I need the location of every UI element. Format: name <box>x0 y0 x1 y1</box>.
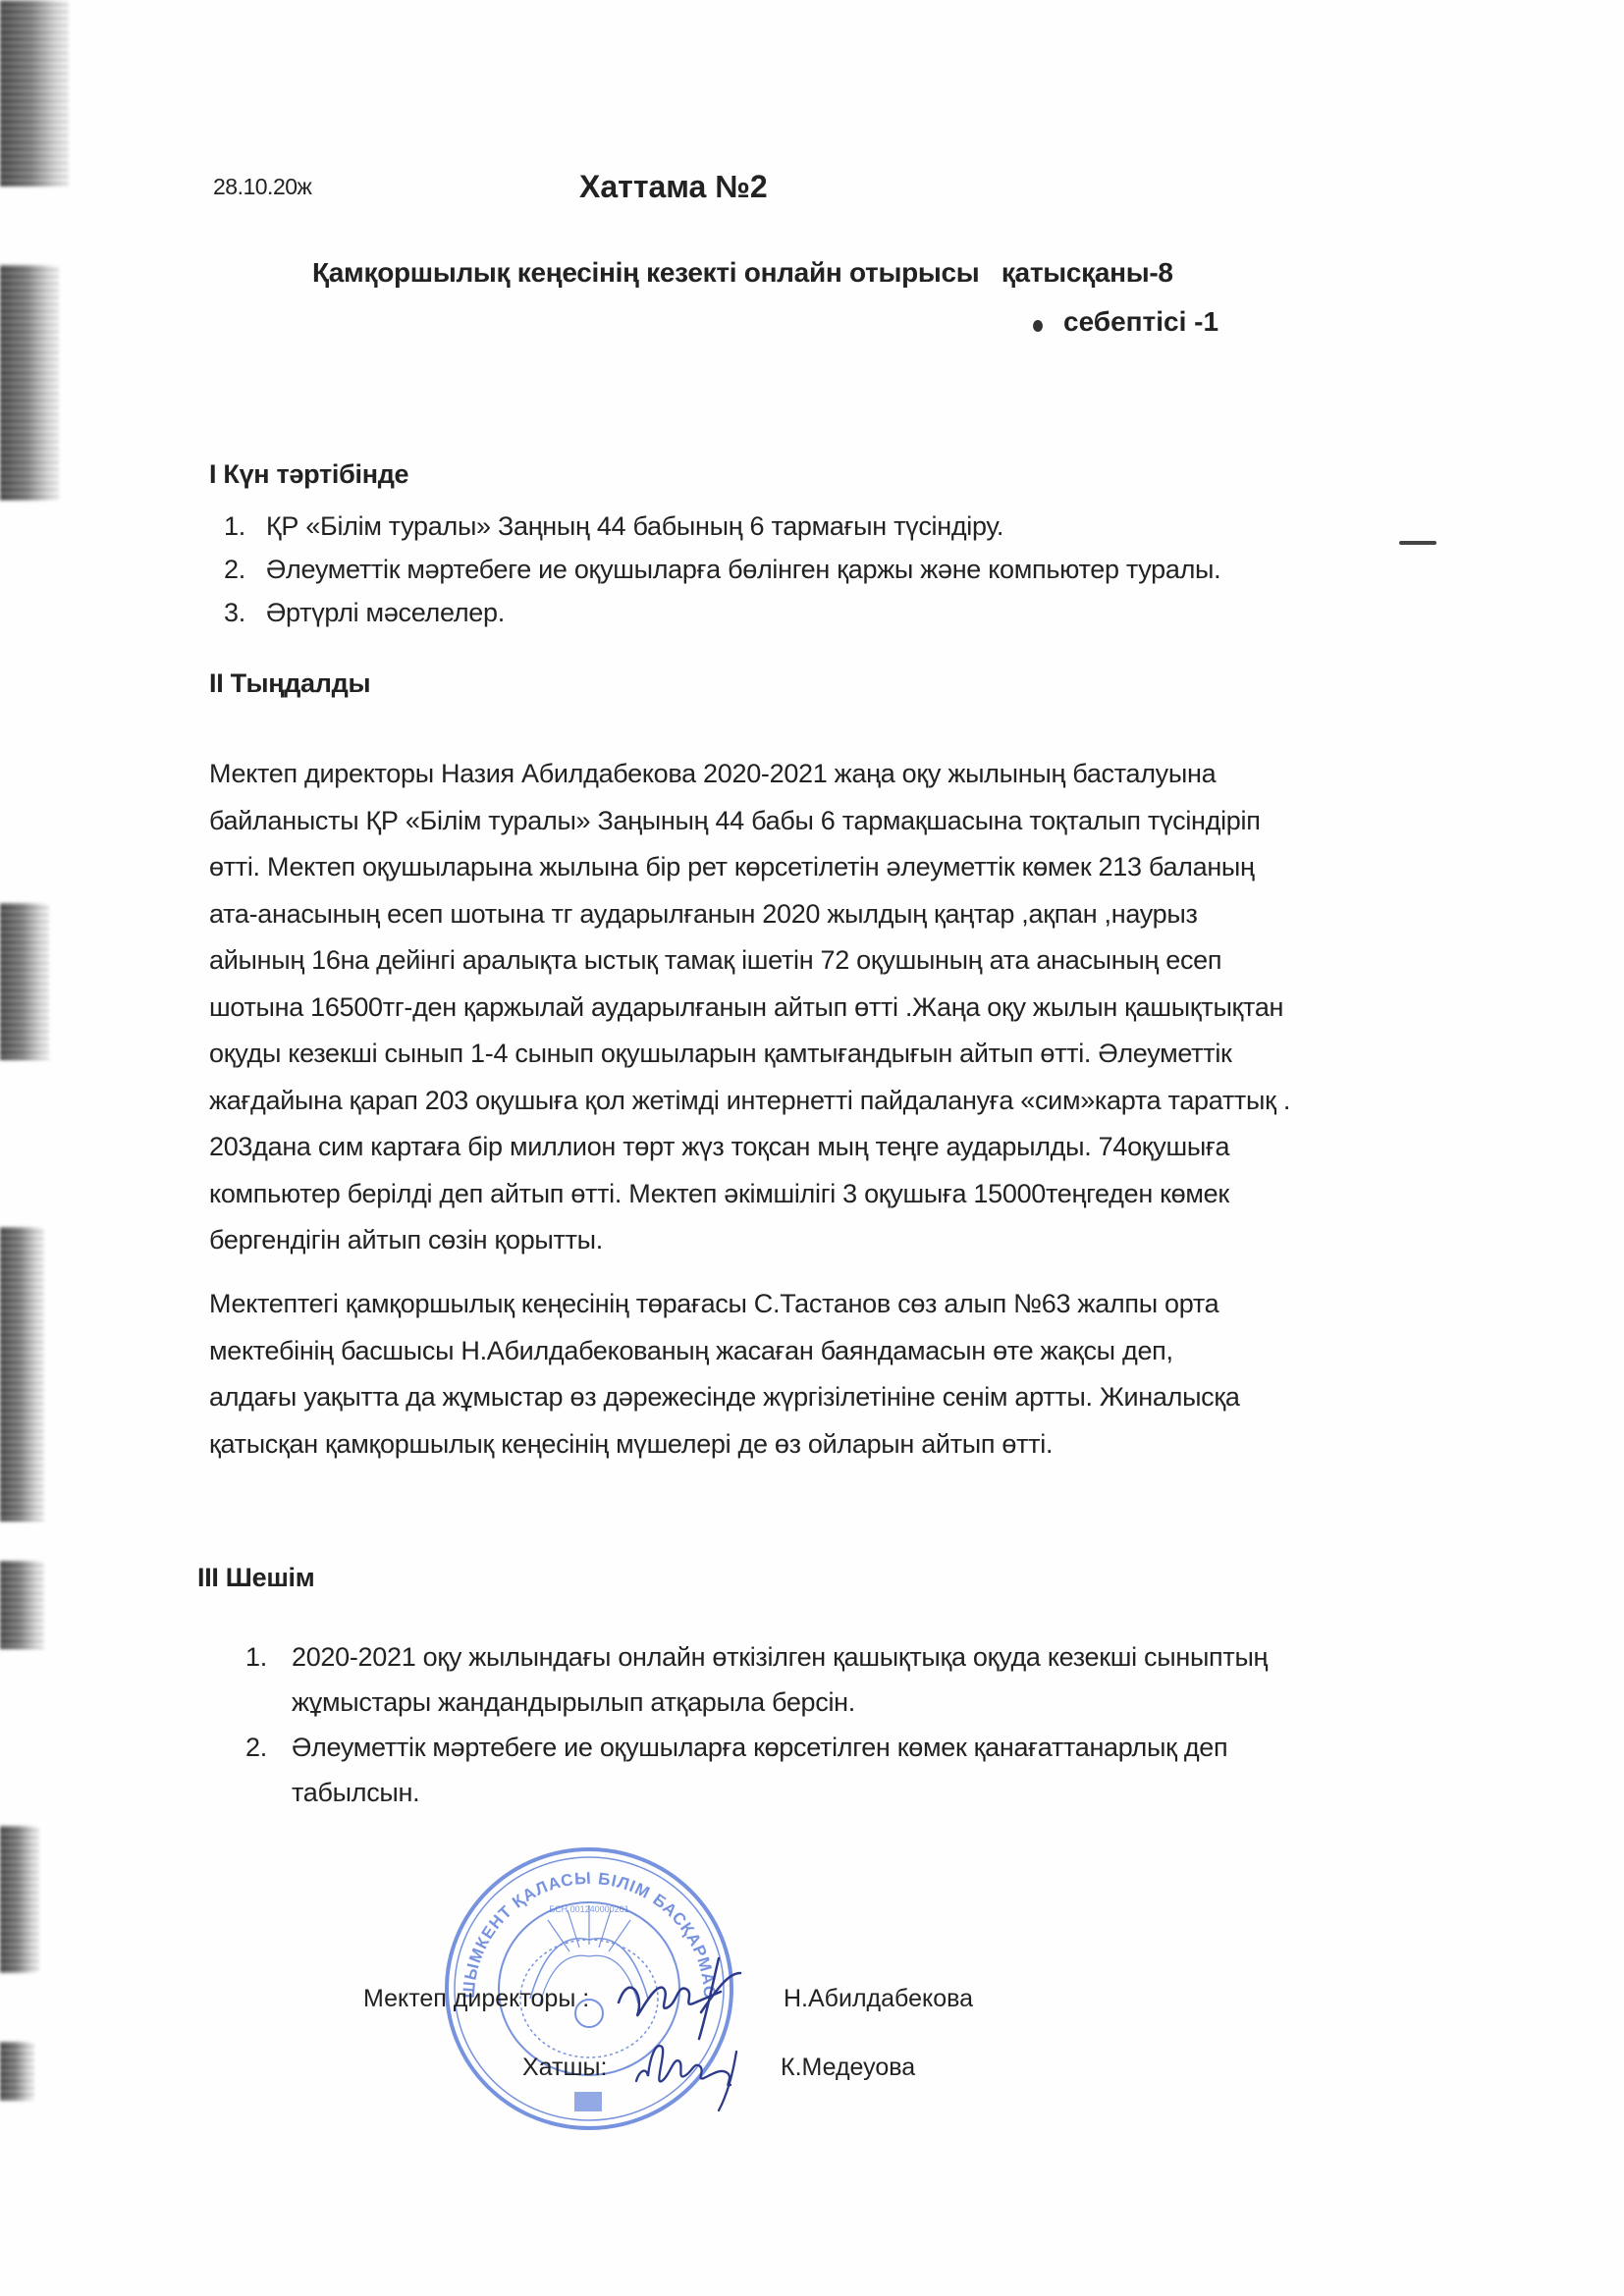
agenda-heading: І Күн тәртібінде <box>209 459 408 490</box>
absent-count: себептісі -1 <box>1063 306 1218 338</box>
secretary-signature <box>628 2027 776 2115</box>
director-label: Мектеп директоры : <box>363 1985 589 2013</box>
decision-list: 1. 2020-2021 оқу жылындағы онлайн өткізі… <box>245 1634 1268 1815</box>
pen-mark <box>1399 541 1436 545</box>
scan-artifact <box>0 903 49 1060</box>
scan-artifact <box>0 0 69 187</box>
decision-item: 2. Әлеуметтік мәртебеге ие оқушыларға кө… <box>245 1725 1268 1815</box>
decision-item: 1. 2020-2021 оқу жылындағы онлайн өткізі… <box>245 1634 1268 1725</box>
scan-artifact <box>0 1826 39 1973</box>
heard-heading: ІІ Тыңдалды <box>209 668 370 699</box>
director-name: Н.Абилдабекова <box>784 1985 973 2013</box>
agenda-list: 1.ҚР «Білім туралы» Заңның 44 бабының 6 … <box>224 505 1220 634</box>
ink-speck <box>1033 320 1043 332</box>
agenda-item: 1.ҚР «Білім туралы» Заңның 44 бабының 6 … <box>224 505 1220 548</box>
scan-artifact <box>0 265 59 501</box>
decision-heading: ІІІ Шешім <box>197 1563 314 1593</box>
agenda-item: 2.Әлеуметтік мәртебеге ие оқушыларға бөл… <box>224 548 1220 591</box>
meeting-name: Қамқоршылық кеңесінің кезекті онлайн оты… <box>312 257 979 288</box>
document-date: 28.10.20ж <box>213 174 311 200</box>
attendance-count: қатысқаны-8 <box>1001 257 1173 288</box>
secretary-label: Хатшы: <box>522 2054 607 2082</box>
agenda-item: 3.Әртүрлі мәселелер. <box>224 591 1220 634</box>
document-title: Хаттама №2 <box>579 169 768 205</box>
scan-artifact <box>0 1561 44 1649</box>
scan-artifact <box>0 2042 34 2101</box>
secretary-name: К.Медеуова <box>781 2054 915 2082</box>
stamp-inner-text: БСН 001240000261 <box>549 1904 628 1914</box>
heard-paragraph-2: Мектептегі қамқоршылық кеңесінің төрағас… <box>209 1281 1240 1468</box>
heard-paragraph-1: Мектеп директоры Назия Абилдабекова 2020… <box>209 751 1290 1264</box>
document-subtitle: Қамқоршылық кеңесінің кезекті онлайн оты… <box>312 257 1173 289</box>
scan-artifact <box>0 1227 44 1522</box>
